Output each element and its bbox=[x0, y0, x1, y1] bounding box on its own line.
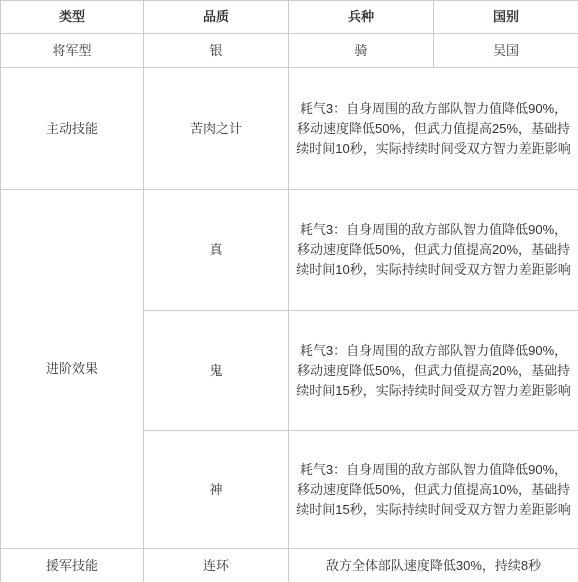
general-row: 将军型 银 骑 吴国 bbox=[1, 34, 578, 68]
column-header-troop: 兵种 bbox=[289, 1, 434, 34]
table-header-row: 类型 品质 兵种 国别 bbox=[1, 1, 578, 34]
tier-desc-cell-shen: 耗气3：自身周围的敌方部队智力值降低90%，移动速度降低50%，但武力值提高10… bbox=[289, 431, 578, 549]
column-header-quality: 品质 bbox=[144, 1, 289, 34]
tier-name-cell-zhen: 真 bbox=[144, 190, 289, 311]
general-quality-cell: 银 bbox=[144, 34, 289, 68]
active-skill-name-cell: 苦肉之计 bbox=[144, 68, 289, 190]
column-header-country: 国别 bbox=[434, 1, 578, 34]
reinforce-skill-desc-cell: 敌方全体部队速度降低30%，持续8秒 bbox=[289, 549, 578, 582]
reinforce-skill-row: 援军技能 连环 敌方全体部队速度降低30%，持续8秒 bbox=[1, 549, 578, 582]
page: 类型 品质 兵种 国别 将军型 银 骑 吴国 主动技能 苦肉之计 耗气3：自身周… bbox=[0, 0, 578, 582]
advanced-effect-row-zhen: 进阶效果 真 耗气3：自身周围的敌方部队智力值降低90%，移动速度降低50%，但… bbox=[1, 190, 578, 311]
tier-name-cell-gui: 鬼 bbox=[144, 311, 289, 431]
column-header-type: 类型 bbox=[1, 1, 144, 34]
general-info-table: 类型 品质 兵种 国别 将军型 银 骑 吴国 主动技能 苦肉之计 耗气3：自身周… bbox=[0, 0, 578, 582]
tier-desc-cell-gui: 耗气3：自身周围的敌方部队智力值降低90%，移动速度降低50%，但武力值提高20… bbox=[289, 311, 578, 431]
general-country-cell: 吴国 bbox=[434, 34, 578, 68]
reinforce-skill-type-cell: 援军技能 bbox=[1, 549, 144, 582]
active-skill-type-cell: 主动技能 bbox=[1, 68, 144, 190]
tier-name-cell-shen: 神 bbox=[144, 431, 289, 549]
active-skill-desc-cell: 耗气3：自身周围的敌方部队智力值降低90%，移动速度降低50%，但武力值提高25… bbox=[289, 68, 578, 190]
general-type-cell: 将军型 bbox=[1, 34, 144, 68]
advanced-effect-type-cell: 进阶效果 bbox=[1, 190, 144, 549]
active-skill-row: 主动技能 苦肉之计 耗气3：自身周围的敌方部队智力值降低90%，移动速度降低50… bbox=[1, 68, 578, 190]
tier-desc-cell-zhen: 耗气3：自身周围的敌方部队智力值降低90%，移动速度降低50%，但武力值提高20… bbox=[289, 190, 578, 311]
general-troop-cell: 骑 bbox=[289, 34, 434, 68]
reinforce-skill-name-cell: 连环 bbox=[144, 549, 289, 582]
